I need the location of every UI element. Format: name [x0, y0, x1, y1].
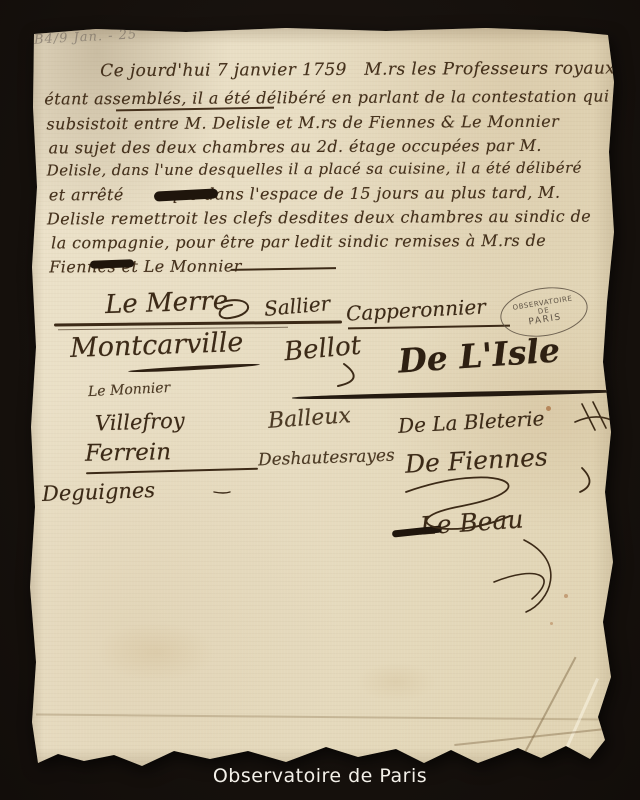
foxing-spot — [546, 406, 551, 411]
signature-villefroy: Villefroy — [95, 408, 185, 435]
paper-shadow-wrap: B4/9 Jan. - 25 Ce jourd'hui 7 janvier 17… — [0, 0, 640, 800]
signature-bellot: Bellot — [283, 331, 363, 368]
signature-underline — [348, 325, 510, 330]
signature-le-beau: Le Beau — [419, 504, 524, 540]
signature-le-merre: Le Merre — [105, 286, 229, 320]
signature-deshautesrayes: Deshautesrayes — [258, 446, 395, 471]
stamp-text: PARIS — [528, 312, 563, 327]
foxing-spot — [550, 622, 553, 625]
manuscript-line: Ce jourd'hui 7 janvier 1759 M.rs les Pro… — [100, 58, 615, 81]
signature-capperonnier: Capperonnier — [345, 294, 486, 325]
signature-delisle: De L'Isle — [397, 330, 561, 380]
manuscript-body: Ce jourd'hui 7 janvier 1759 M.rs les Pro… — [26, 20, 616, 23]
foxing-spot — [564, 594, 568, 598]
archival-note: B4/9 Jan. - 25 — [34, 27, 138, 47]
signature-le-monnier: Le Monnier — [88, 380, 171, 400]
manuscript-line: Delisle, dans l'une desquelles il a plac… — [47, 159, 582, 180]
stain — [96, 622, 216, 682]
manuscript-line: la compagnie, pour être par ledit sindic… — [51, 231, 546, 253]
signature-underline — [128, 363, 260, 374]
manuscript-line: et arrêté que dans l'espace de 15 jours … — [49, 183, 561, 205]
stain — [356, 662, 436, 702]
crease-line — [36, 714, 606, 721]
photo-of-manuscript: B4/9 Jan. - 25 Ce jourd'hui 7 janvier 17… — [0, 0, 640, 800]
signature-montcarville: Montcarville — [70, 327, 244, 364]
caption: Observatoire de Paris — [0, 765, 640, 787]
signature-ferrein: Ferrein — [85, 439, 172, 466]
signature-underline — [54, 320, 342, 326]
signature-sallier: Sallier — [263, 291, 331, 321]
signature-underline — [292, 389, 624, 401]
manuscript-line: étant assemblés, il a été délibéré en pa… — [44, 86, 609, 108]
crease-highlight — [554, 678, 599, 774]
signature-balleux: Balleux — [267, 403, 351, 434]
manuscript-line: Delisle remettroit les clefs desdites de… — [47, 207, 591, 229]
manuscript-page: B4/9 Jan. - 25 Ce jourd'hui 7 janvier 17… — [26, 22, 616, 770]
signature-underline — [86, 468, 258, 475]
ink-dash — [231, 267, 336, 271]
signature-deguignes: Deguignes — [42, 478, 156, 506]
crease-line — [517, 657, 576, 766]
manuscript-line: Fiennes et Le Monnier — [49, 256, 242, 276]
manuscript-line: subsistoit entre M. Delisle et M.rs de F… — [46, 112, 559, 134]
manuscript-line: au sujet des deux chambres au 2d. étage … — [49, 136, 542, 158]
signature-de-fiennes: De Fiennes — [404, 442, 548, 478]
crease-line — [454, 728, 605, 746]
signature-de-la-bleterie: De La Bleterie — [397, 406, 544, 438]
